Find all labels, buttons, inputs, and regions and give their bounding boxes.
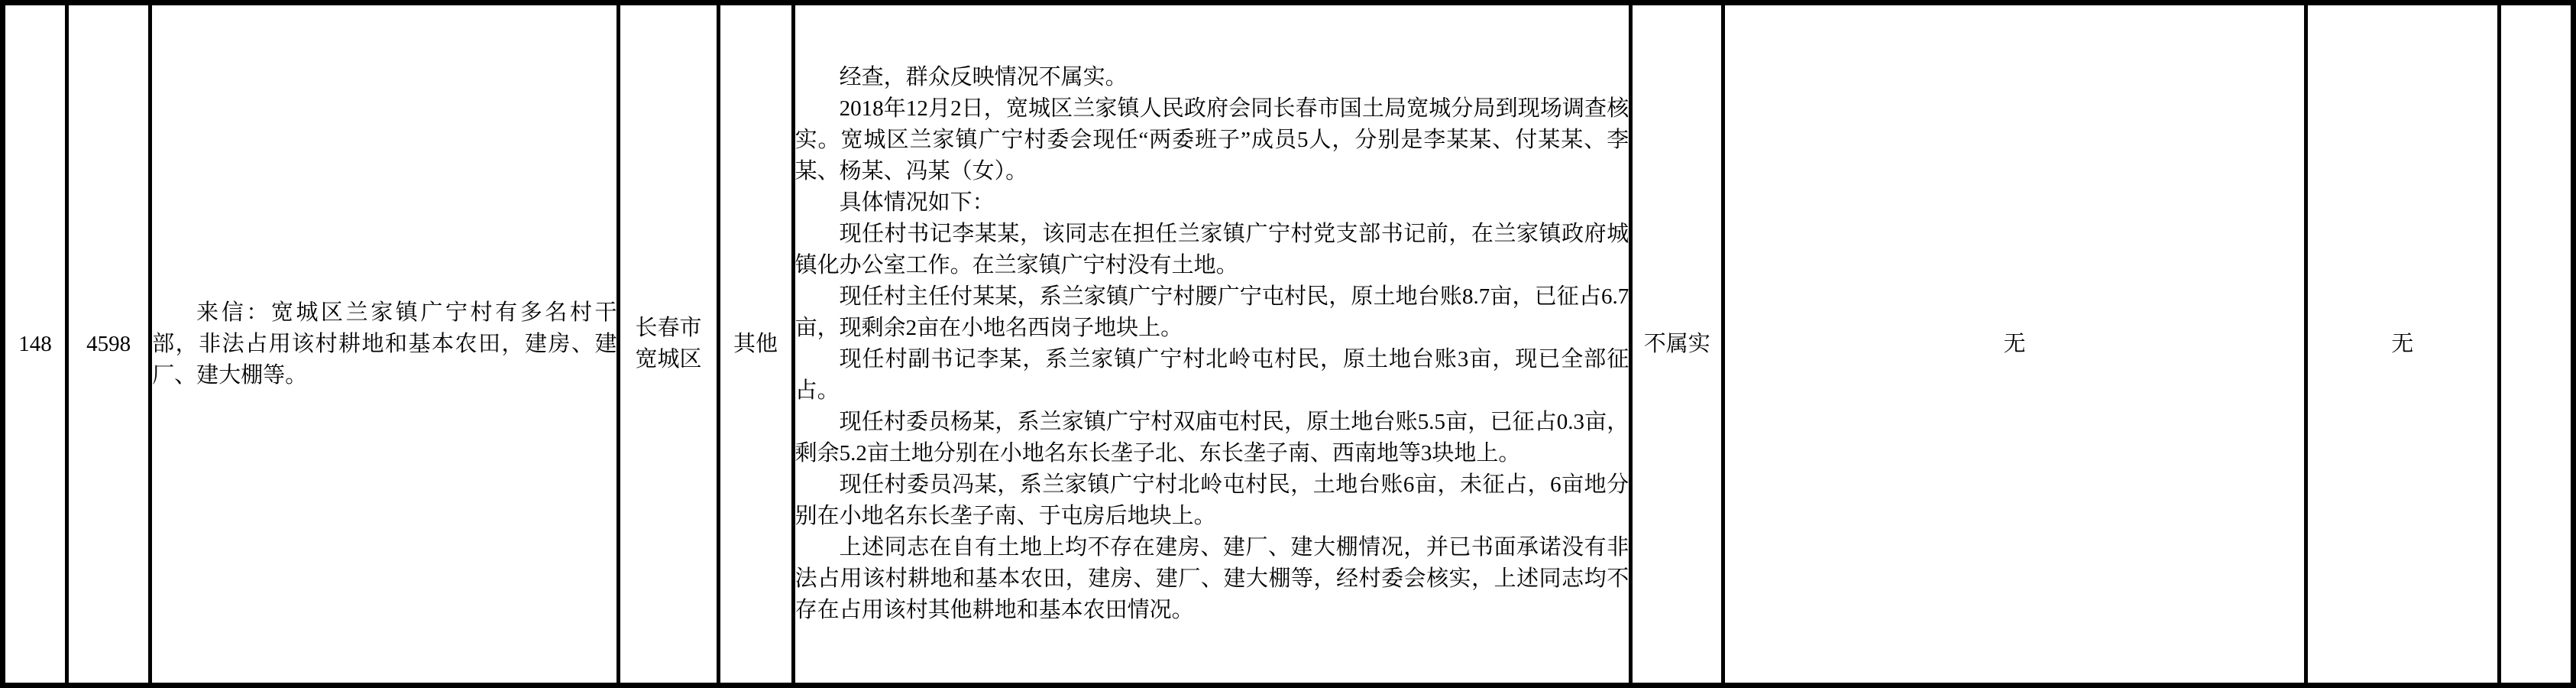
letter-id: 4598 xyxy=(86,332,131,356)
text-line: 经查，群众反映情况不属实。 xyxy=(795,62,1629,93)
text-line: 2018年12月2日，宽城区兰家镇人民政府会同长春市国土局宽城分局到现场调查核实… xyxy=(795,93,1629,187)
sequence-number-cell: 148 xyxy=(3,3,67,686)
text-line: 现任村委员杨某，系兰家镇广宁村双庙屯村民，原土地台账5.5亩，已征占0.3亩，剩… xyxy=(795,407,1629,469)
text-line: 上述同志在自有土地上均不存在建房、建厂、建大棚情况，并已书面承诺没有非法占用该村… xyxy=(795,532,1629,626)
remark-cell xyxy=(2499,3,2573,686)
text-line: 现任村副书记李某，系兰家镇广宁村北岭屯村民，原土地台账3亩，现已全部征占。 xyxy=(795,344,1629,407)
investigation-result-cell: 经查，群众反映情况不属实。2018年12月2日，宽城区兰家镇人民政府会同长春市国… xyxy=(793,3,1631,686)
accountability-cell: 无 xyxy=(1723,3,2306,686)
accountability-text: 无 xyxy=(2004,332,2026,356)
text-line: 现任村主任付某某，系兰家镇广宁村腰广宁屯村民，原土地台账8.7亩，已征占6.7亩… xyxy=(795,281,1629,344)
text-line: 具体情况如下： xyxy=(795,187,1629,219)
letter-summary-text: 来信：宽城区兰家镇广宁村有多名村干部，非法占用该村耕地和基本农田，建房、建厂、建… xyxy=(152,297,616,391)
verdict-text: 不属实 xyxy=(1644,332,1710,356)
letter-summary-cell: 来信：宽城区兰家镇广宁村有多名村干部，非法占用该村耕地和基本农田，建房、建厂、建… xyxy=(150,3,619,686)
verdict-cell: 不属实 xyxy=(1631,3,1723,686)
text-line: 现任村书记李某某，该同志在担任兰家镇广宁村党支部书记前，在兰家镇政府城镇化办公室… xyxy=(795,219,1629,281)
investigation-result-text: 经查，群众反映情况不属实。2018年12月2日，宽城区兰家镇人民政府会同长春市国… xyxy=(795,62,1629,626)
text-line: 现任村委员冯某，系兰家镇广宁村北岭屯村民，土地台账6亩，未征占，6亩地分别在小地… xyxy=(795,469,1629,532)
text-line: 宽城区 xyxy=(620,344,716,375)
region-text: 长春市宽城区 xyxy=(620,313,716,375)
other-note-cell: 无 xyxy=(2306,3,2499,686)
petition-report-table: 148 4598 来信：宽城区兰家镇广宁村有多名村干部，非法占用该村耕地和基本农… xyxy=(0,0,2576,688)
table-row: 148 4598 来信：宽城区兰家镇广宁村有多名村干部，非法占用该村耕地和基本农… xyxy=(3,3,2574,686)
category-text: 其他 xyxy=(733,332,778,356)
letter-id-cell: 4598 xyxy=(67,3,150,686)
text-line: 长春市 xyxy=(620,313,716,344)
other-note-text: 无 xyxy=(2391,332,2413,356)
sequence-number: 148 xyxy=(18,332,52,356)
region-cell: 长春市宽城区 xyxy=(619,3,718,686)
category-cell: 其他 xyxy=(718,3,793,686)
